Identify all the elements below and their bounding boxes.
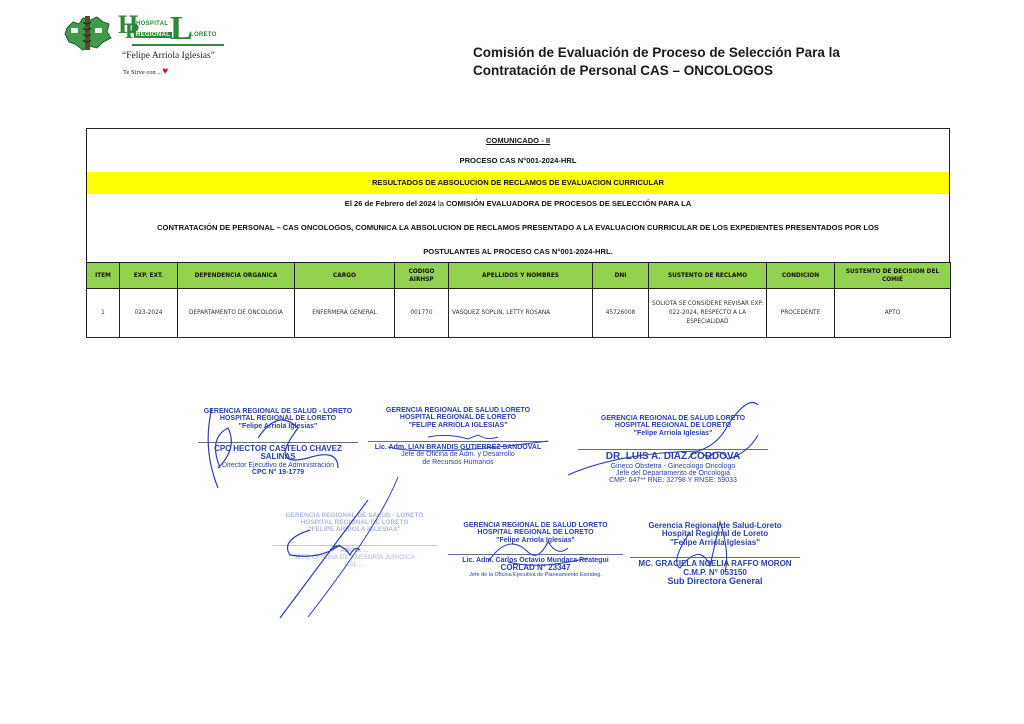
signature-stamp-2: GERENCIA REGIONAL DE SALUD LORETO HOSPIT…: [368, 407, 548, 466]
cell-exp-ext: 023-2024: [120, 289, 178, 338]
col-dni: DNI: [593, 263, 649, 289]
signature-stamp-5: GERENCIA REGIONAL DE SALUD LORETO HOSPIT…: [448, 522, 623, 579]
cell-nombre: VASQUEZ SOPLIN, LETTY ROSANA: [449, 289, 593, 338]
col-nombre: APELLIDOS Y NOMBRES: [449, 263, 593, 289]
table-header-row: ITEM EXP. EXT. DEPENDENCIA ORGANICA CARG…: [87, 263, 951, 289]
notice-paragraph-line-2: CONTRATACIÓN DE PERSONAL – CAS ONCOLOGOS…: [87, 214, 949, 239]
col-item: ITEM: [87, 263, 120, 289]
logo-word-regional: REGIONAL: [134, 32, 172, 38]
cell-dependencia: DEPARTAMENTO DE ONCOLOGIA: [178, 289, 295, 338]
hospital-wordmark: H R HOSPITAL REGIONAL L LORETO: [118, 14, 218, 48]
title-line-1: Comisión de Evaluación de Proceso de Sel…: [473, 44, 840, 62]
logo-motto: “Felipe Arriola Iglesias”: [122, 51, 215, 61]
proceso-heading: PROCESO CAS N°001-2024-HRL: [87, 150, 949, 172]
hospital-logo: H R HOSPITAL REGIONAL L LORETO “Felipe A…: [60, 10, 220, 80]
document-title: Comisión de Evaluación de Proceso de Sel…: [473, 44, 840, 80]
col-exp-ext: EXP. EXT.: [120, 263, 178, 289]
handwritten-signature-icon: [578, 415, 768, 495]
col-codigo: CODIGO AIRHSP: [395, 263, 449, 289]
notice-paragraph-line-3: POSTULANTES AL PROCESO CAS N°001-2024-HR…: [87, 239, 949, 263]
logo-word-hospital: HOSPITAL: [136, 21, 168, 27]
title-line-2: Contratación de Personal CAS – ONCOLOGOS: [473, 62, 840, 80]
notice-paragraph-line-1: El 26 de Febrero del 2024 la COMISIÓN EV…: [87, 194, 949, 214]
logo-tagline: Te Sirve con ...♥: [123, 66, 168, 77]
col-dependencia: DEPENDENCIA ORGANICA: [178, 263, 295, 289]
col-sustento-decision: SUSTENTO DE DECISION DEL COMIÉ: [835, 263, 951, 289]
cell-sustento-reclamo: SOLIOTA SE CONSIDERE REVISAR EXP. 022-20…: [649, 289, 767, 338]
heart-icon: ♥: [162, 66, 168, 77]
col-cargo: CARGO: [295, 263, 395, 289]
cell-sustento-decision: APTO: [835, 289, 951, 338]
results-banner: RESULTADOS DE ABSOLUCION DE RECLAMOS DE …: [87, 172, 949, 194]
cell-cargo: ENFERMERA GENERAL: [295, 289, 395, 338]
signature-stamp-6: Gerencia Regional de Salud-Loreto Hospit…: [630, 522, 800, 586]
loreto-map-icon: [63, 14, 113, 52]
cell-item: 1: [87, 289, 120, 338]
handwritten-signature-icon: [630, 522, 800, 582]
signature-stamp-1: GERENCIA REGIONAL DE SALUD - LORETO HOSP…: [198, 408, 358, 477]
results-table: ITEM EXP. EXT. DEPENDENCIA ORGANICA CARG…: [86, 262, 951, 338]
comunicado-heading: COMUNICADO - II: [87, 129, 949, 150]
col-condicion: CONDICION: [767, 263, 835, 289]
signature-stamp-3: GERENCIA REGIONAL DE SALUD LORETO HOSPIT…: [578, 415, 768, 485]
col-sustento-reclamo: SUSTENTO DE RECLAMO: [649, 263, 767, 289]
cell-condicion: PROCEDENTE: [767, 289, 835, 338]
cell-codigo: 001770: [395, 289, 449, 338]
handwritten-signature-icon: [270, 500, 380, 620]
logo-word-loreto: LORETO: [190, 32, 217, 38]
handwritten-signature-icon: [198, 408, 358, 498]
handwritten-signature-icon: [368, 407, 548, 487]
table-row: 1 023-2024 DEPARTAMENTO DE ONCOLOGIA ENF…: [87, 289, 951, 338]
logo-rule: [132, 44, 224, 46]
cell-dni: 45726008: [593, 289, 649, 338]
notice-block: COMUNICADO - II PROCESO CAS N°001-2024-H…: [86, 128, 950, 263]
handwritten-signature-icon: [448, 522, 623, 582]
